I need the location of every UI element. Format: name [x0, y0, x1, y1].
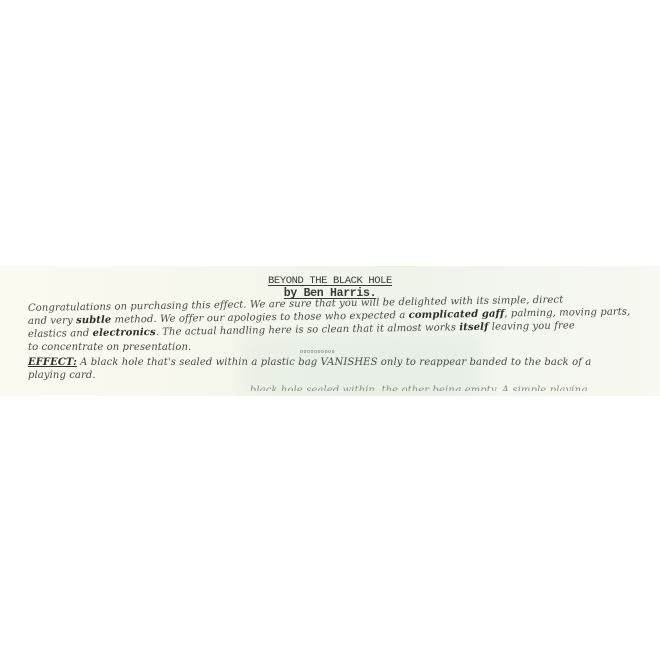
text-segment: leaving you free — [488, 320, 575, 332]
text-segment: A black hole that's sealed within a plas… — [77, 357, 591, 368]
text-segment: . The actual handling here is so clean t… — [156, 322, 460, 338]
emphasis-itself: itself — [459, 322, 488, 333]
emphasis-subtle: subtle — [76, 315, 111, 327]
effect-label: EFFECT: — [28, 357, 77, 368]
title-text: BEYOND THE BLACK HOLE — [268, 275, 392, 287]
effect-line-1: EFFECT: A black hole that's sealed withi… — [28, 357, 628, 368]
text-segment: , palming, moving parts, — [504, 307, 630, 320]
text-segment: elastics and — [28, 328, 93, 340]
scanned-document-page: BEYOND THE BLACK HOLE by Ben Harris. Con… — [0, 266, 660, 396]
document-title: BEYOND THE BLACK HOLE — [0, 275, 660, 287]
section-divider: oooooooooo — [300, 349, 335, 355]
emphasis-electronics: electronics — [93, 327, 156, 339]
cutoff-text-line: ...black hole sealed within, the other b… — [240, 385, 640, 396]
effect-line-2: playing card. — [28, 370, 628, 381]
emphasis-complicated-gaff: complicated gaff — [409, 309, 505, 322]
text-segment: and very — [28, 315, 76, 327]
